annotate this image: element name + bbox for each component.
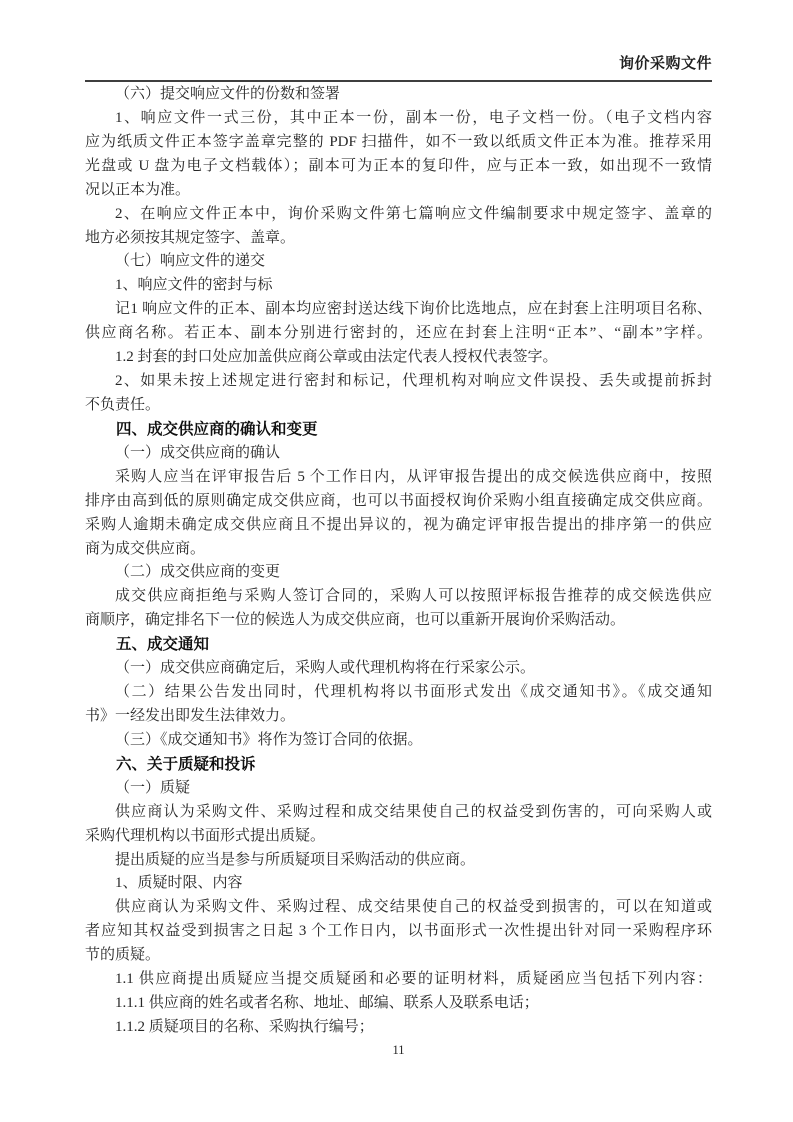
header-title: 询价采购文件 (619, 56, 712, 72)
text-line: （一）成交供应商确定后，采购人或代理机构将在行采家公示。 (85, 657, 712, 681)
text-line: 商为成交供应商。 (85, 538, 712, 562)
text-line: 供应商认为采购文件、采购过程和成交结果使自己的权益受到伤害的，可向采购人或 (85, 801, 712, 825)
text-line: 采购人应当在评审报告后 5 个工作日内，从评审报告提出的成交候选供应商中，按照 (85, 466, 712, 490)
text-line: （三）《成交通知书》将作为签订合同的依据。 (85, 729, 712, 753)
page-number: 11 (392, 1043, 404, 1057)
text-line: 采购代理机构以书面形式提出质疑。 (85, 825, 712, 849)
text-line: 1.1.1 供应商的姓名或者名称、地址、邮编、联系人及联系电话； (85, 992, 712, 1016)
text-line: 商顺序，确定排名下一位的候选人为成交供应商，也可以重新开展询价采购活动。 (85, 609, 712, 633)
text-line: 不负责任。 (85, 394, 712, 418)
text-line: 2、如果未按上述规定进行密封和标记，代理机构对响应文件误投、丢失或提前拆封 (85, 370, 712, 394)
text-line: 供应商名称。若正本、副本分别进行密封的，还应在封套上注明“正本”、“副本”字样。 (85, 322, 712, 346)
text-line: 书》一经发出即发生法律效力。 (85, 705, 712, 729)
section-heading: 四、成交供应商的确认和变更 (85, 418, 712, 442)
document-body: （六）提交响应文件的份数和签署1、响应文件一式三份，其中正本一份，副本一份，电子… (85, 82, 712, 1040)
text-line: 1、响应文件的密封与标 (85, 274, 712, 298)
text-line: 成交供应商拒绝与采购人签订合同的，采购人可以按照评标报告推荐的成交候选供应 (85, 585, 712, 609)
text-line: （一）质疑 (85, 777, 712, 801)
text-line: （二）成交供应商的变更 (85, 561, 712, 585)
text-line: 地方必须按其规定签字、盖章。 (85, 227, 712, 251)
text-line: 2、在响应文件正本中，询价采购文件第七篇响应文件编制要求中规定签字、盖章的 (85, 203, 712, 227)
page-footer: 11 (85, 1042, 712, 1058)
text-line: 者应知其权益受到损害之日起 3 个工作日内，以书面形式一次性提出针对同一采购程序… (85, 920, 712, 944)
text-line: 1.1.2 质疑项目的名称、采购执行编号； (85, 1016, 712, 1040)
text-line: （六）提交响应文件的份数和签署 (85, 83, 712, 107)
text-line: 光盘或 U 盘为电子文档载体）；副本可为正本的复印件，应与正本一致，如出现不一致… (85, 155, 712, 179)
text-line: 1、响应文件一式三份，其中正本一份，副本一份，电子文档一份。（电子文档内容 (85, 107, 712, 131)
text-line: 应为纸质文件正本签字盖章完整的 PDF 扫描件，如不一致以纸质文件正本为准。推荐… (85, 131, 712, 155)
text-line: 记1 响应文件的正本、副本均应密封送达线下询价比选地点，应在封套上注明项目名称、 (85, 298, 712, 322)
section-heading: 五、成交通知 (85, 633, 712, 657)
document-page: 询价采购文件 （六）提交响应文件的份数和签署1、响应文件一式三份，其中正本一份，… (0, 0, 793, 1122)
text-line: 1.2 封套的封口处应加盖供应商公章或由法定代表人授权代表签字。 (85, 346, 712, 370)
text-line: 1.1 供应商提出质疑应当提交质疑函和必要的证明材料，质疑函应当包括下列内容： (85, 968, 712, 992)
text-line: （七）响应文件的递交 (85, 250, 712, 274)
text-line: （一）成交供应商的确认 (85, 442, 712, 466)
text-line: 排序由高到低的原则确定成交供应商，也可以书面授权询价采购小组直接确定成交供应商。 (85, 490, 712, 514)
text-line: 采购人逾期未确定成交供应商且不提出异议的，视为确定评审报告提出的排序第一的供应 (85, 514, 712, 538)
text-line: （二）结果公告发出同时，代理机构将以书面形式发出《成交通知书》。《成交通知 (85, 681, 712, 705)
text-line: 1、质疑时限、内容 (85, 872, 712, 896)
section-heading: 六、关于质疑和投诉 (85, 753, 712, 777)
text-line: 提出质疑的应当是参与所质疑项目采购活动的供应商。 (85, 849, 712, 873)
page-margin-box: 询价采购文件 （六）提交响应文件的份数和签署1、响应文件一式三份，其中正本一份，… (85, 0, 712, 1122)
page-header: 询价采购文件 (85, 0, 712, 82)
text-line: 节的质疑。 (85, 944, 712, 968)
text-line: 供应商认为采购文件、采购过程、成交结果使自己的权益受到损害的，可以在知道或 (85, 896, 712, 920)
text-line: 况以正本为准。 (85, 179, 712, 203)
